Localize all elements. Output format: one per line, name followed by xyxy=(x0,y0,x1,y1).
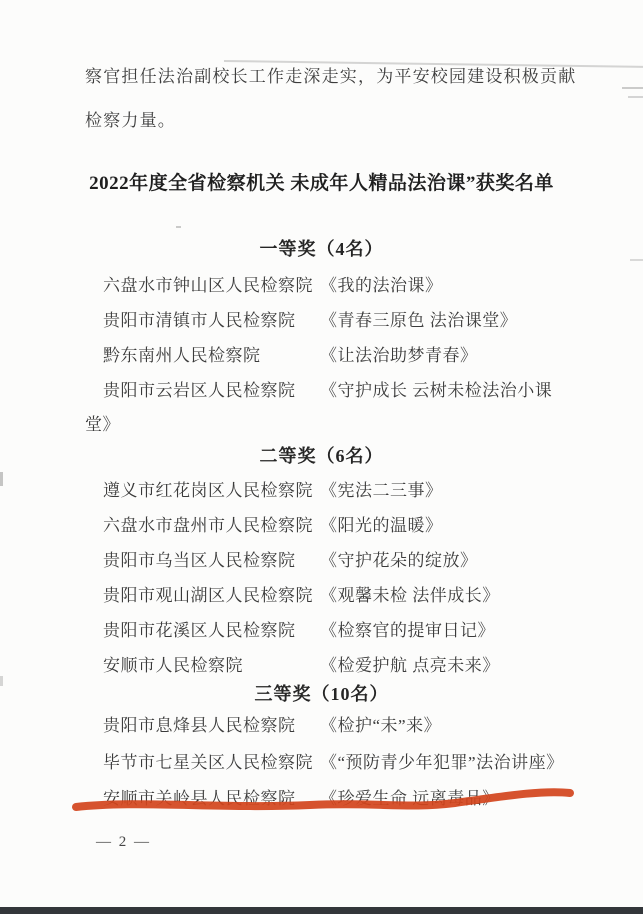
scan-artifact-dash xyxy=(622,87,643,89)
award-row: 贵阳市清镇市人民检察院 《青春三原色 法治课堂》 xyxy=(0,306,643,330)
org-name: 六盘水市盘州市人民检察院 xyxy=(103,511,313,536)
section-heading-second-prize: 二等奖（6名） xyxy=(0,442,643,468)
work-title: 《守护花朵的绽放》 xyxy=(320,546,478,571)
page-number: — 2 — xyxy=(96,834,151,851)
award-row: 贵阳市息烽县人民检察院 《检护“未”来》 xyxy=(0,711,643,735)
paragraph-line: 检察力量。 xyxy=(85,106,605,131)
work-title-wrap: 堂》 xyxy=(85,410,120,435)
org-name: 安顺市人民检察院 xyxy=(103,651,243,676)
work-title: 《我的法治课》 xyxy=(320,271,443,296)
scanned-document-page: 察官担任法治副校长工作走深走实，为平安校园建设积极贡献 检察力量。 2022年度… xyxy=(0,0,643,914)
document-title: 2022年度全省检察机关 未成年人精品法治课”获奖名单 xyxy=(0,168,643,195)
award-row: 安顺市人民检察院 《检爱护航 点亮未来》 xyxy=(0,651,643,675)
red-underline-stroke xyxy=(76,792,570,807)
org-name: 贵阳市乌当区人民检察院 xyxy=(103,546,296,571)
org-name: 贵阳市花溪区人民检察院 xyxy=(103,616,296,641)
org-name: 贵阳市息烽县人民检察院 xyxy=(103,711,296,736)
org-name: 毕节市七星关区人民检察院 xyxy=(103,748,313,773)
award-row: 贵阳市花溪区人民检察院 《检察官的提审日记》 xyxy=(0,616,643,640)
scan-edge-band xyxy=(0,907,643,914)
award-row: 黔东南州人民检察院 《让法治助梦青春》 xyxy=(0,341,643,365)
work-title: 《检护“未”来》 xyxy=(320,711,441,736)
org-name: 六盘水市钟山区人民检察院 xyxy=(103,271,313,296)
work-title: 《“预防青少年犯罪”法治讲座》 xyxy=(320,748,564,773)
work-title: 《宪法二三事》 xyxy=(320,476,443,501)
award-row: 遵义市红花岗区人民检察院 《宪法二三事》 xyxy=(0,476,643,500)
scan-artifact-speck xyxy=(176,226,181,228)
org-name: 贵阳市云岩区人民检察院 xyxy=(103,376,296,401)
section-heading-first-prize: 一等奖（4名） xyxy=(0,235,643,261)
red-underline-highlight xyxy=(70,788,580,820)
work-title: 《检察官的提审日记》 xyxy=(320,616,495,641)
work-title: 《让法治助梦青春》 xyxy=(320,341,478,366)
work-title: 《观馨未检 法伴成长》 xyxy=(320,581,500,606)
org-name: 贵阳市观山湖区人民检察院 xyxy=(103,581,313,606)
section-heading-third-prize: 三等奖（10名） xyxy=(0,680,643,706)
award-row: 贵阳市乌当区人民检察院 《守护花朵的绽放》 xyxy=(0,546,643,570)
award-row: 贵阳市云岩区人民检察院 《守护成长 云树未检法治小课 xyxy=(0,376,643,400)
scan-artifact-dash xyxy=(628,96,643,98)
org-name: 贵阳市清镇市人民检察院 xyxy=(103,306,296,331)
award-row: 毕节市七星关区人民检察院 《“预防青少年犯罪”法治讲座》 xyxy=(0,748,643,772)
paragraph-line: 察官担任法治副校长工作走深走实，为平安校园建设积极贡献 xyxy=(85,62,605,87)
org-name: 黔东南州人民检察院 xyxy=(103,341,261,366)
org-name: 遵义市红花岗区人民检察院 xyxy=(103,476,313,501)
work-title: 《检爱护航 点亮未来》 xyxy=(320,651,500,676)
award-row: 贵阳市观山湖区人民检察院 《观馨未检 法伴成长》 xyxy=(0,581,643,605)
work-title: 《青春三原色 法治课堂》 xyxy=(320,306,517,331)
award-row: 六盘水市钟山区人民检察院 《我的法治课》 xyxy=(0,271,643,295)
award-row: 六盘水市盘州市人民检察院 《阳光的温暖》 xyxy=(0,511,643,535)
work-title: 《守护成长 云树未检法治小课 xyxy=(320,376,552,401)
work-title: 《阳光的温暖》 xyxy=(320,511,443,536)
